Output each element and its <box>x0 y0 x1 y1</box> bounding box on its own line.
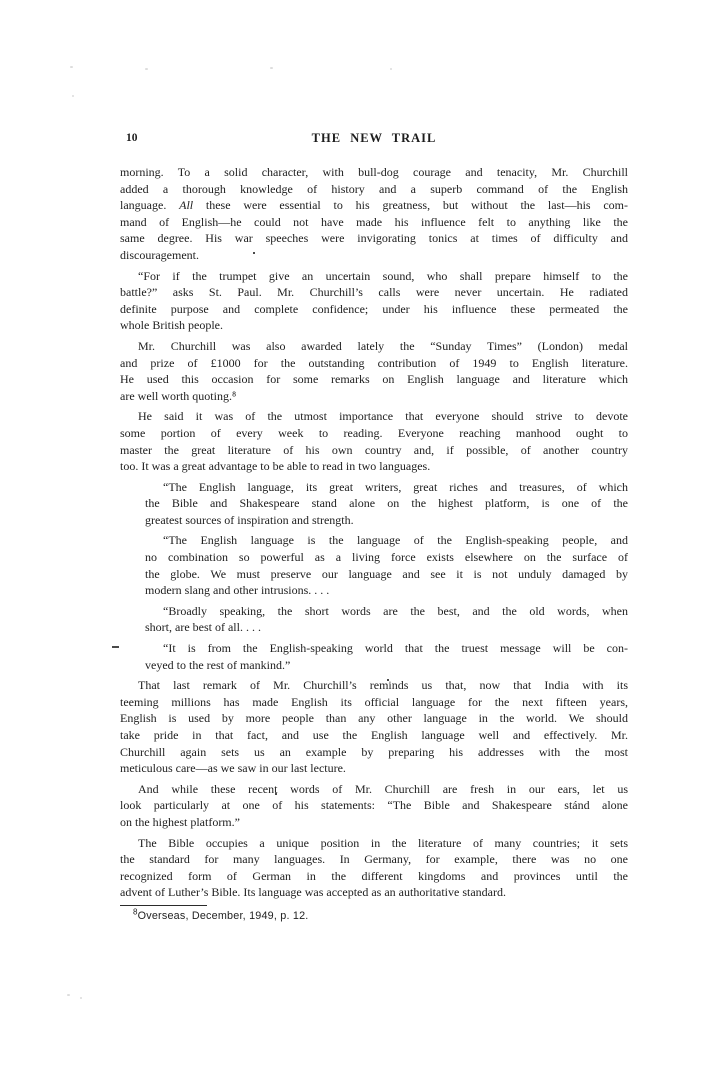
paragraph: morning. To a solid character, with bull… <box>120 164 628 264</box>
scanned-book-page: 10 THE NEW TRAIL morning. To a solid cha… <box>120 131 628 922</box>
text-line: He used this occasion for some remarks o… <box>120 371 628 388</box>
text-line: master the great literature of his own c… <box>120 442 628 459</box>
text-line: That last remark of Mr. Churchill’s remi… <box>120 677 628 694</box>
text-line: Mr. Churchill was also awarded lately th… <box>120 338 628 355</box>
scan-artifact <box>70 66 73 68</box>
text-line: no combination so powerful as a living f… <box>145 549 628 566</box>
scan-artifact <box>72 95 74 97</box>
scan-artifact <box>112 646 119 648</box>
text-line: look particularly at one of his statemen… <box>120 797 628 814</box>
text-line: same degree. His war speeches were invig… <box>120 230 628 247</box>
text-line: and prize of £1000 for the outstanding c… <box>120 355 628 372</box>
text-line: short, are best of all. . . . <box>145 619 628 636</box>
page-body: morning. To a solid character, with bull… <box>120 164 628 901</box>
text-line: too. It was a great advantage to be able… <box>120 458 628 475</box>
quoted-paragraph: “Broadly speaking, the short words are t… <box>145 603 628 636</box>
text-line: He said it was of the utmost importance … <box>120 408 628 425</box>
text-line: on the highest platform.” <box>120 814 628 831</box>
text-line: mand of English—he could not have made h… <box>120 214 628 231</box>
scan-artifact <box>270 67 273 69</box>
text-line: added a thorough knowledge of history an… <box>120 181 628 198</box>
running-title: THE NEW TRAIL <box>120 131 628 146</box>
quoted-paragraph: “The English language, its great writers… <box>145 479 628 529</box>
text-line: are well worth quoting.⁸ <box>120 388 628 405</box>
text-line: the standard for many languages. In Germ… <box>120 851 628 868</box>
paragraph: “For if the trumpet give an uncertain so… <box>120 268 628 334</box>
text-line: “The English language is the language of… <box>145 532 628 549</box>
text-line: battle?” asks St. Paul. Mr. Churchill’s … <box>120 284 628 301</box>
scan-artifact <box>390 68 392 70</box>
paragraph: And while these recent words of Mr. Chur… <box>120 781 628 831</box>
text-line: the Bible and Shakespeare stand alone on… <box>145 495 628 512</box>
paragraph: The Bible occupies a unique position in … <box>120 835 628 901</box>
paragraph: That last remark of Mr. Churchill’s remi… <box>120 677 628 777</box>
footnote-rule <box>120 905 207 906</box>
text-line: some portion of every week to reading. E… <box>120 425 628 442</box>
text-line: modern slang and other intrusions. . . . <box>145 582 628 599</box>
paragraph: He said it was of the utmost importance … <box>120 408 628 474</box>
text-line: definite purpose and complete confidence… <box>120 301 628 318</box>
text-line: greatest sources of inspiration and stre… <box>145 512 628 529</box>
text-line: morning. To a solid character, with bull… <box>120 164 628 181</box>
scan-artifact <box>67 994 70 996</box>
text-line: English is used by more people than any … <box>120 710 628 727</box>
text-line: recognized form of German in the differe… <box>120 868 628 885</box>
paragraph: Mr. Churchill was also awarded lately th… <box>120 338 628 404</box>
text-line: “Broadly speaking, the short words are t… <box>145 603 628 620</box>
scan-artifact <box>145 68 148 70</box>
text-line: “The English language, its great writers… <box>145 479 628 496</box>
text-line: take pride in that fact, and use the Eng… <box>120 727 628 744</box>
text-line: “It is from the English-speaking world t… <box>145 640 628 657</box>
page-header: 10 THE NEW TRAIL <box>120 131 628 146</box>
footnote-text: Overseas, December, 1949, p. 12. <box>138 910 309 922</box>
footnote-area: 8Overseas, December, 1949, p. 12. <box>120 905 628 922</box>
text-line: veyed to the rest of mankind.” <box>145 657 628 674</box>
text-line: discouragement. <box>120 247 628 264</box>
text-line: Churchill again sets us an example by pr… <box>120 744 628 761</box>
text-line: meticulous care—as we saw in our last le… <box>120 760 628 777</box>
scan-artifact <box>80 997 82 999</box>
text-line: The Bible occupies a unique position in … <box>120 835 628 852</box>
text-line: advent of Luther’s Bible. Its language w… <box>120 884 628 901</box>
text-line: language. All these were essential to hi… <box>120 197 628 214</box>
text-line: the globe. We must preserve our language… <box>145 566 628 583</box>
text-line: whole British people. <box>120 317 628 334</box>
text-line: And while these recent words of Mr. Chur… <box>120 781 628 798</box>
text-line: “For if the trumpet give an uncertain so… <box>120 268 628 285</box>
footnote: 8Overseas, December, 1949, p. 12. <box>133 910 628 922</box>
quoted-paragraph: “The English language is the language of… <box>145 532 628 598</box>
quoted-paragraph: “It is from the English-speaking world t… <box>145 640 628 673</box>
text-line: teeming millions has made English its of… <box>120 694 628 711</box>
